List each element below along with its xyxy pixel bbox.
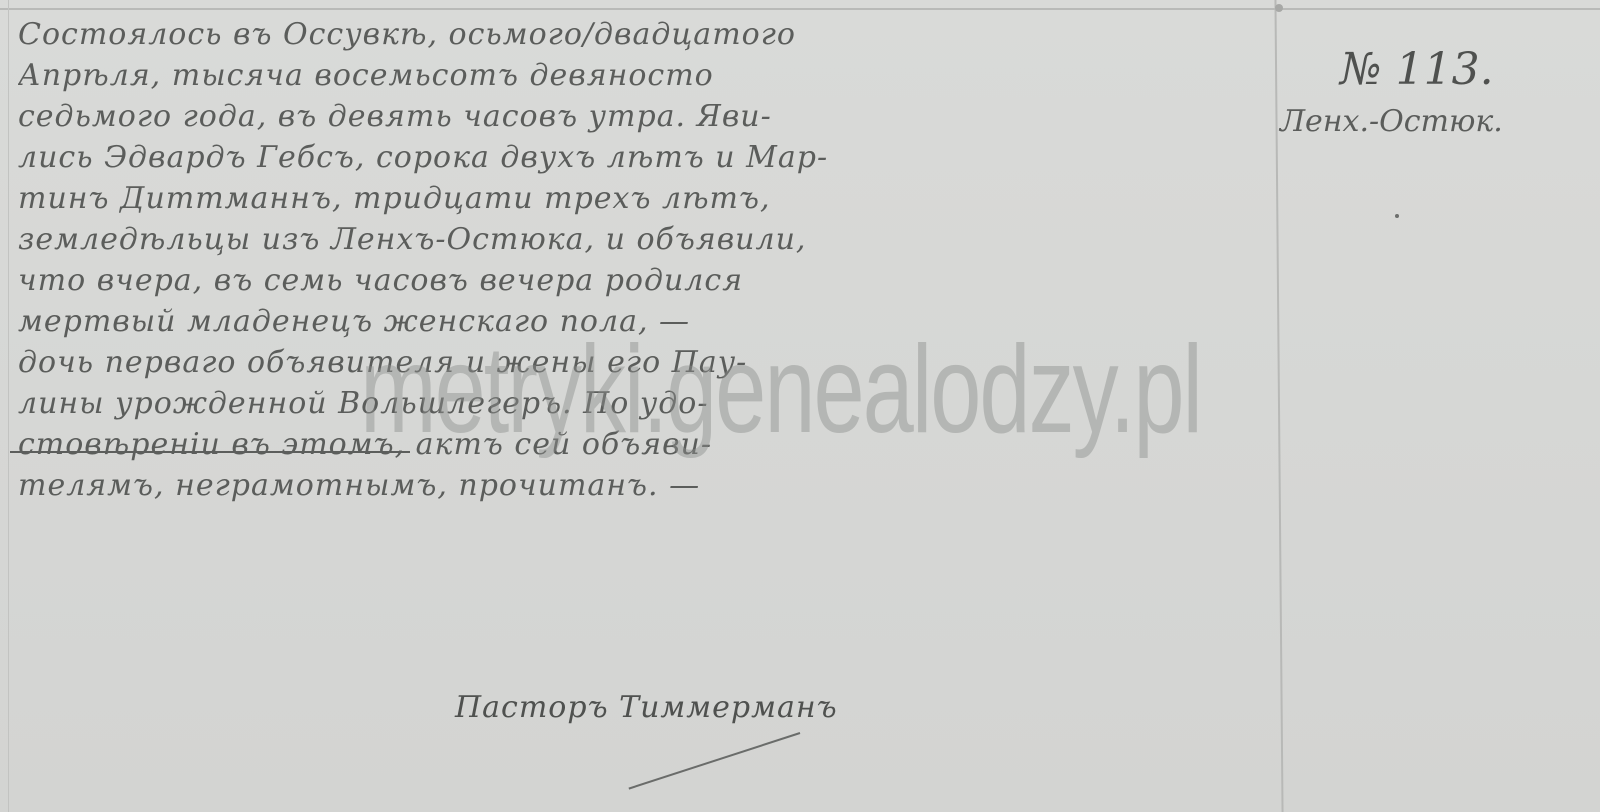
text-line-8: мертвый младенецъ женскаго пола, — bbox=[18, 301, 1273, 342]
corner-pin-mark bbox=[1275, 4, 1283, 12]
text-line-3: седьмого года, въ девять часовъ утра. Яв… bbox=[18, 96, 1273, 137]
village-name: Ленх.-Остюк. bbox=[1280, 100, 1590, 144]
margin-column: № 113. Ленх.-Остюк. bbox=[1290, 40, 1590, 144]
top-rule-line bbox=[0, 8, 1600, 10]
entry-number: № 113. bbox=[1340, 40, 1590, 100]
register-page: Состоялось въ Оссувкѣ, осьмого/двадцатог… bbox=[0, 0, 1600, 812]
text-line-7: что вчера, въ семь часовъ вечера родился bbox=[18, 260, 1273, 301]
text-line-11: стовѣреніи въ этомъ, актъ сей объяви- bbox=[18, 424, 1273, 465]
text-line-4: лись Эдвардъ Гебсъ, сорока двухъ лѣтъ и … bbox=[18, 137, 1273, 178]
ink-dot bbox=[1395, 214, 1399, 218]
text-line-1: Состоялось въ Оссувкѣ, осьмого/двадцатог… bbox=[18, 14, 1273, 55]
text-line-6: земледѣльцы изъ Ленхъ-Остюка, и объявили… bbox=[18, 219, 1273, 260]
entry-body-text: Состоялось въ Оссувкѣ, осьмого/двадцатог… bbox=[18, 14, 1273, 506]
stillborn-underline bbox=[10, 451, 410, 453]
text-line-10: лины урожденной Вольшлегеръ. По удо- bbox=[18, 383, 1273, 424]
pastor-signature: Пасторъ Тиммерманъ bbox=[455, 690, 838, 725]
left-rule-line bbox=[8, 0, 9, 812]
text-line-2: Апрѣля, тысяча восемьсотъ девяносто bbox=[18, 55, 1273, 96]
text-line-9: дочь перваго объявителя и жены его Пау- bbox=[18, 342, 1273, 383]
text-line-5: тинъ Диттманнъ, тридцати трехъ лѣтъ, bbox=[18, 178, 1273, 219]
text-line-12: телямъ, неграмотнымъ, прочитанъ. — bbox=[18, 465, 1273, 506]
signature-flourish bbox=[629, 732, 801, 790]
